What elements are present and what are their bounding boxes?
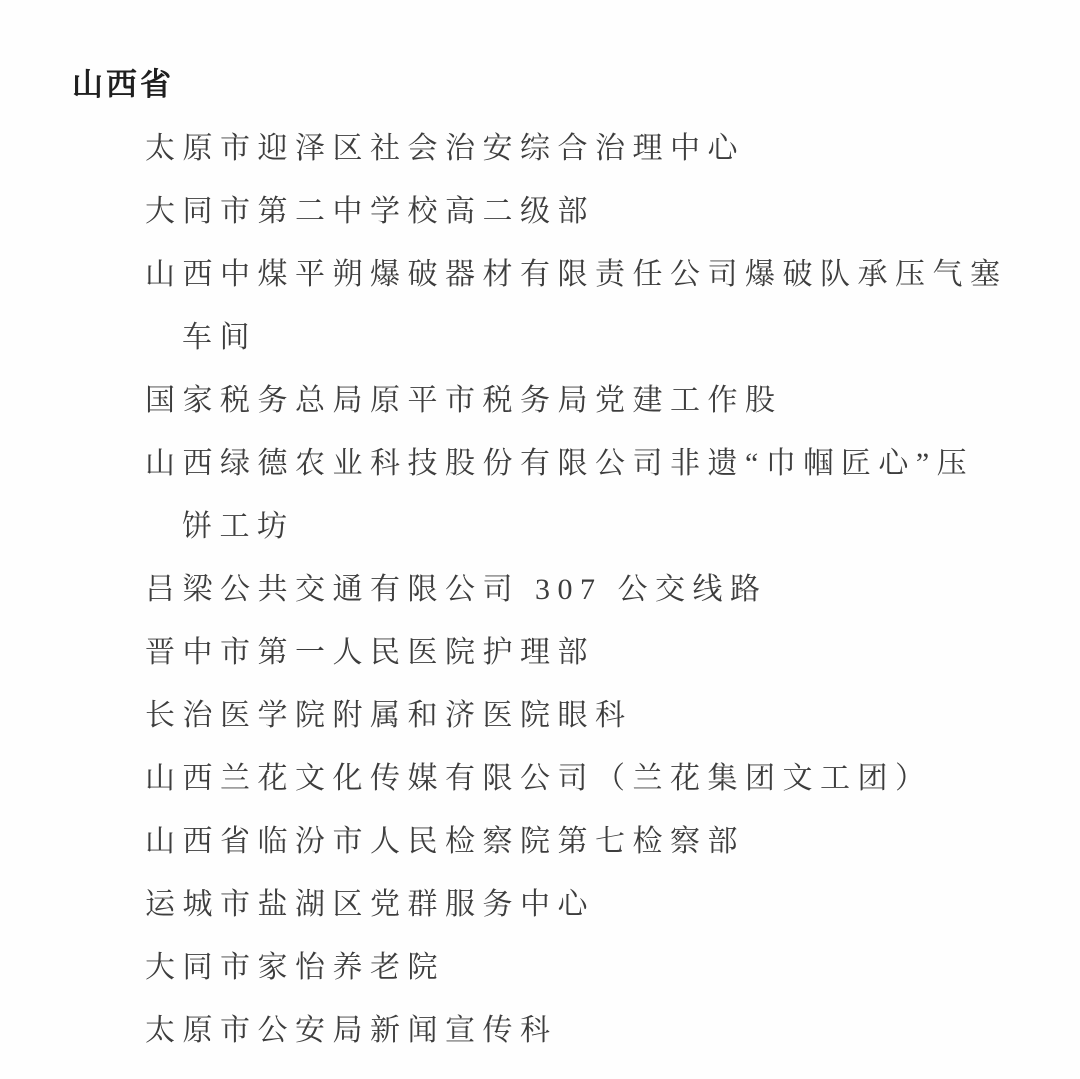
province-heading: 山西省 [72,54,1015,117]
list-item: 太原市迎泽区社会治安综合治理中心 [72,117,1015,180]
list-item: 晋中市第一人民医院护理部 [72,621,1015,684]
list-item: 大同市第二中学校高二级部 [72,180,1015,243]
list-item: 吕梁公共交通有限公司 307 公交线路 [72,558,1015,621]
list-item: 国家税务总局原平市税务局党建工作股 [72,369,1015,432]
entry-list: 太原市迎泽区社会治安综合治理中心大同市第二中学校高二级部山西中煤平朔爆破器材有限… [72,117,1015,1062]
list-item: 山西中煤平朔爆破器材有限责任公司爆破队承压气塞 车间 [72,243,1015,369]
list-item: 山西兰花文化传媒有限公司（兰花集团文工团） [72,747,1015,810]
list-item: 长治医学院附属和济医院眼科 [72,684,1015,747]
list-item: 山西绿德农业科技股份有限公司非遗“巾帼匠心”压 饼工坊 [72,432,1015,558]
list-item: 运城市盐湖区党群服务中心 [72,873,1015,936]
list-item: 山西省临汾市人民检察院第七检察部 [72,810,1015,873]
list-item: 大同市家怡养老院 [72,936,1015,999]
document-page: 山西省 太原市迎泽区社会治安综合治理中心大同市第二中学校高二级部山西中煤平朔爆破… [0,0,1080,1079]
list-item: 太原市公安局新闻宣传科 [72,999,1015,1062]
